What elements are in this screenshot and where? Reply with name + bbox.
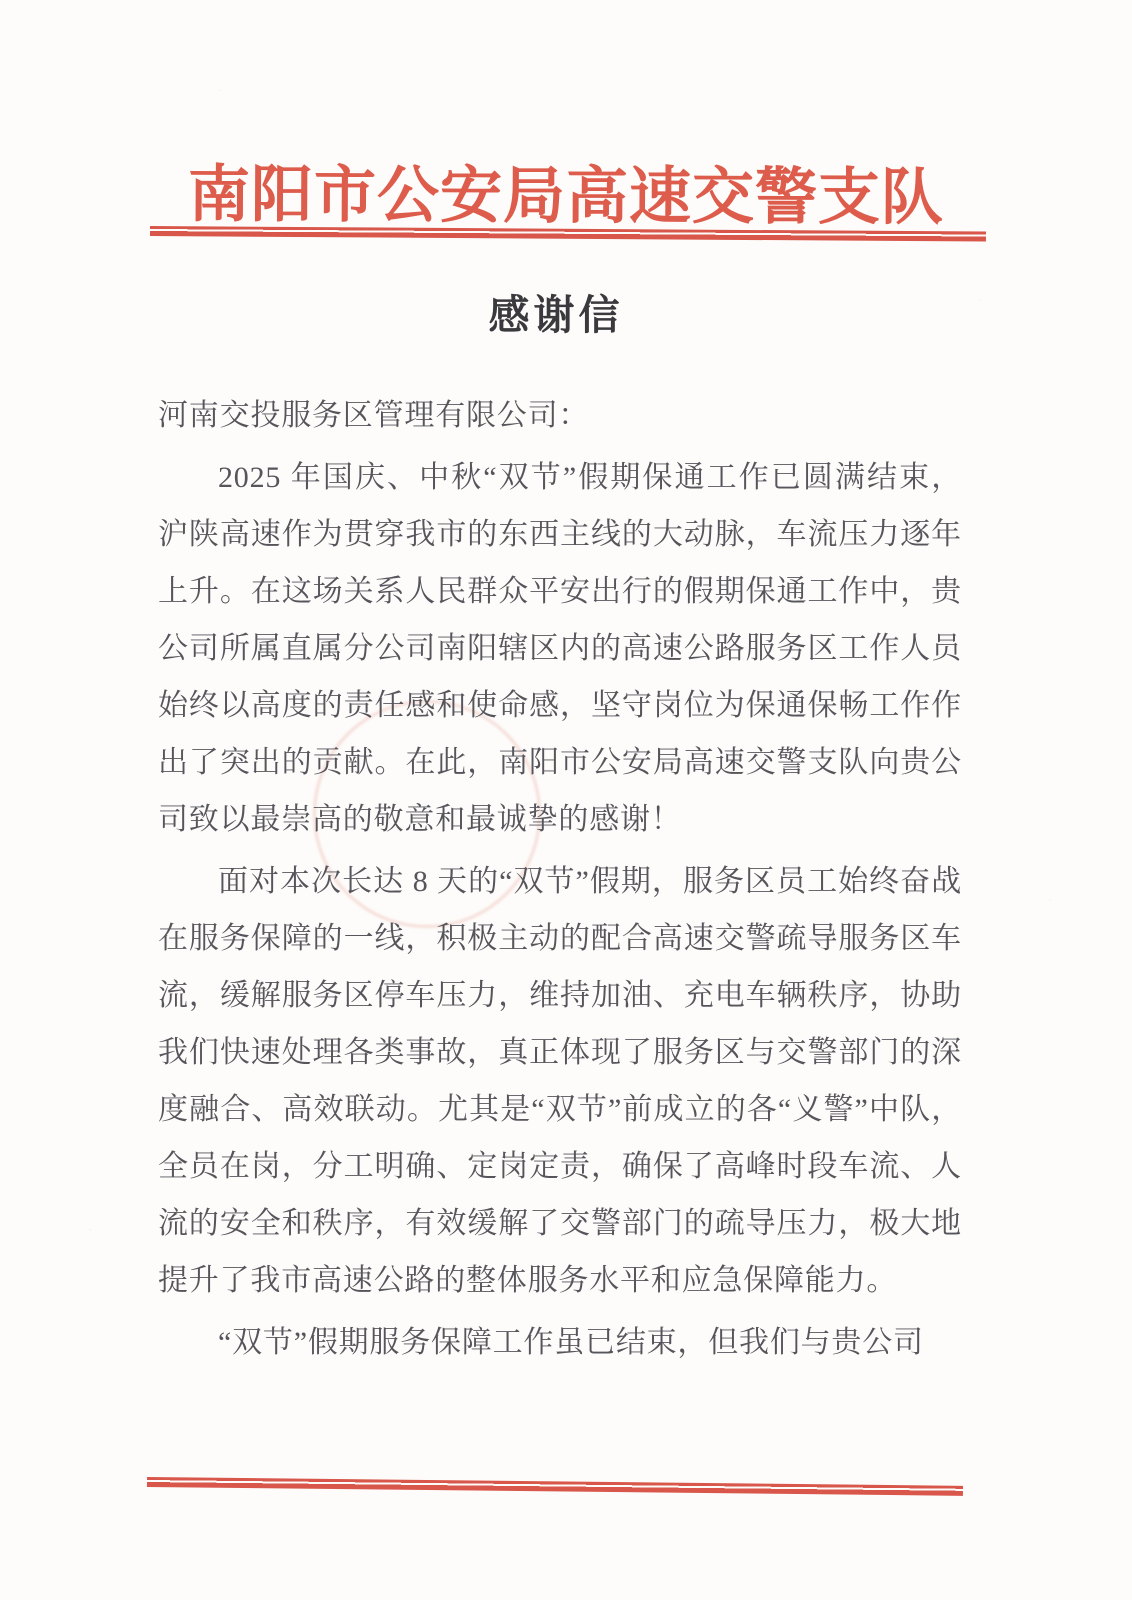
scanned-letter-page: 南阳市公安局高速交警支队 感谢信 河南交投服务区管理有限公司： 2025 年国庆… bbox=[0, 0, 1132, 1600]
paragraph-3: “双节”假期服务保障工作虽已结束，但我们与贵公司 bbox=[158, 1314, 962, 1371]
letter-title: 感谢信 bbox=[0, 282, 1122, 341]
salutation-line: 河南交投服务区管理有限公司： bbox=[158, 387, 962, 444]
letterhead-title: 南阳市公安局高速交警支队 bbox=[0, 144, 1132, 238]
paragraph-1: 2025 年国庆、中秋“双节”假期保通工作已圆满结束，沪陕高速作为贯穿我市的东西… bbox=[158, 449, 962, 848]
footer-divider-line bbox=[147, 1477, 963, 1496]
paragraph-2: 面对本次长达 8 天的“双节”假期，服务区员工始终奋战在服务保障的一线，积极主动… bbox=[158, 853, 962, 1309]
letter-body: 河南交投服务区管理有限公司： 2025 年国庆、中秋“双节”假期保通工作已圆满结… bbox=[158, 387, 962, 1371]
